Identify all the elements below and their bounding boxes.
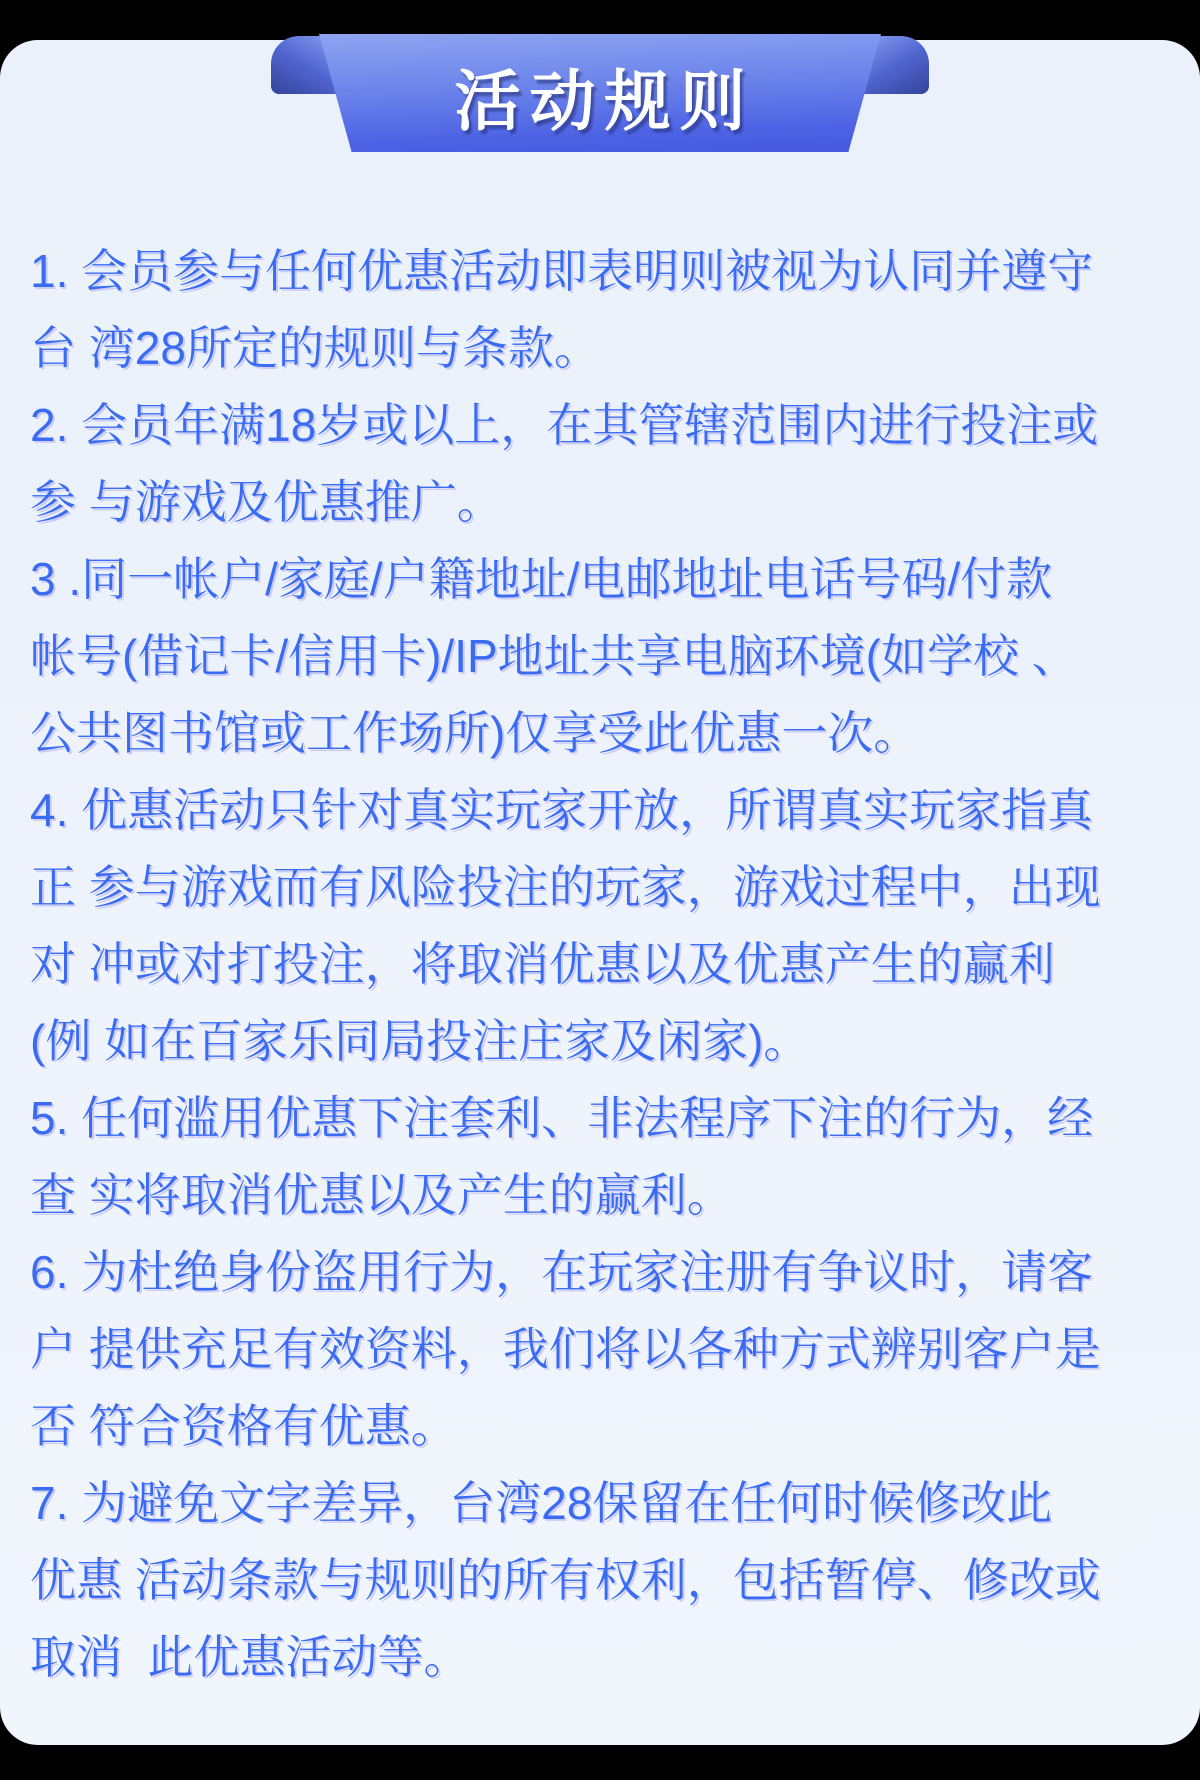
rule-line: 对 冲或对打投注，将取消优惠以及优惠产生的赢利 (30, 926, 1178, 1003)
rule-item-2: 2. 会员年满18岁或以上，在其管辖范围内进行投注或参 与游戏及优惠推广。 (30, 387, 1178, 541)
rule-line: 5. 任何滥用优惠下注套利、非法程序下注的行为，经 (30, 1080, 1178, 1157)
rule-line: 4. 优惠活动只针对真实玩家开放，所谓真实玩家指真 (30, 772, 1178, 849)
rule-line: 2. 会员年满18岁或以上，在其管辖范围内进行投注或 (30, 387, 1178, 464)
rule-line: 7. 为避免文字差异，台湾28保留在任何时候修改此 (30, 1465, 1178, 1542)
rule-item-1: 1. 会员参与任何优惠活动即表明则被视为认同并遵守台 湾28所定的规则与条款。 (30, 233, 1178, 387)
rule-line: 帐号(借记卡/信用卡)/IP地址共享电脑环境(如学校 、 (30, 618, 1178, 695)
rule-item-7: 7. 为避免文字差异，台湾28保留在任何时候修改此优惠 活动条款与规则的所有权利… (30, 1465, 1178, 1696)
rule-line: 公共图书馆或工作场所)仅享受此优惠一次。 (30, 695, 1178, 772)
rule-item-4: 4. 优惠活动只针对真实玩家开放，所谓真实玩家指真正 参与游戏而有风险投注的玩家… (30, 772, 1178, 1080)
rule-item-3: 3 .同一帐户/家庭/户籍地址/电邮地址电话号码/付款帐号(借记卡/信用卡)/I… (30, 541, 1178, 772)
rule-line: 6. 为杜绝身份盗用行为，在玩家注册有争议时，请客 (30, 1234, 1178, 1311)
rule-line: 取消 此优惠活动等。 (30, 1619, 1178, 1696)
rules-card: 活动规则 1. 会员参与任何优惠活动即表明则被视为认同并遵守台 湾28所定的规则… (0, 40, 1200, 1745)
ribbon-banner: 活动规则 (319, 34, 881, 152)
rules-list: 1. 会员参与任何优惠活动即表明则被视为认同并遵守台 湾28所定的规则与条款。2… (30, 233, 1178, 1696)
rule-line: 3 .同一帐户/家庭/户籍地址/电邮地址电话号码/付款 (30, 541, 1178, 618)
rule-line: 正 参与游戏而有风险投注的玩家，游戏过程中，出现 (30, 849, 1178, 926)
rule-item-6: 6. 为杜绝身份盗用行为，在玩家注册有争议时，请客户 提供充足有效资料，我们将以… (30, 1234, 1178, 1465)
rule-line: 参 与游戏及优惠推广。 (30, 464, 1178, 541)
ribbon-band: 活动规则 (319, 34, 881, 152)
page-title: 活动规则 (446, 48, 755, 143)
rule-line: 户 提供充足有效资料，我们将以各种方式辨别客户是 (30, 1311, 1178, 1388)
rule-line: (例 如在百家乐同局投注庄家及闲家)。 (30, 1003, 1178, 1080)
rule-line: 否 符合资格有优惠。 (30, 1388, 1178, 1465)
rule-line: 查 实将取消优惠以及产生的赢利。 (30, 1157, 1178, 1234)
rule-item-5: 5. 任何滥用优惠下注套利、非法程序下注的行为，经查 实将取消优惠以及产生的赢利… (30, 1080, 1178, 1234)
rule-line: 台 湾28所定的规则与条款。 (30, 310, 1178, 387)
rule-line: 优惠 活动条款与规则的所有权利，包括暂停、修改或 (30, 1542, 1178, 1619)
rule-line: 1. 会员参与任何优惠活动即表明则被视为认同并遵守 (30, 233, 1178, 310)
